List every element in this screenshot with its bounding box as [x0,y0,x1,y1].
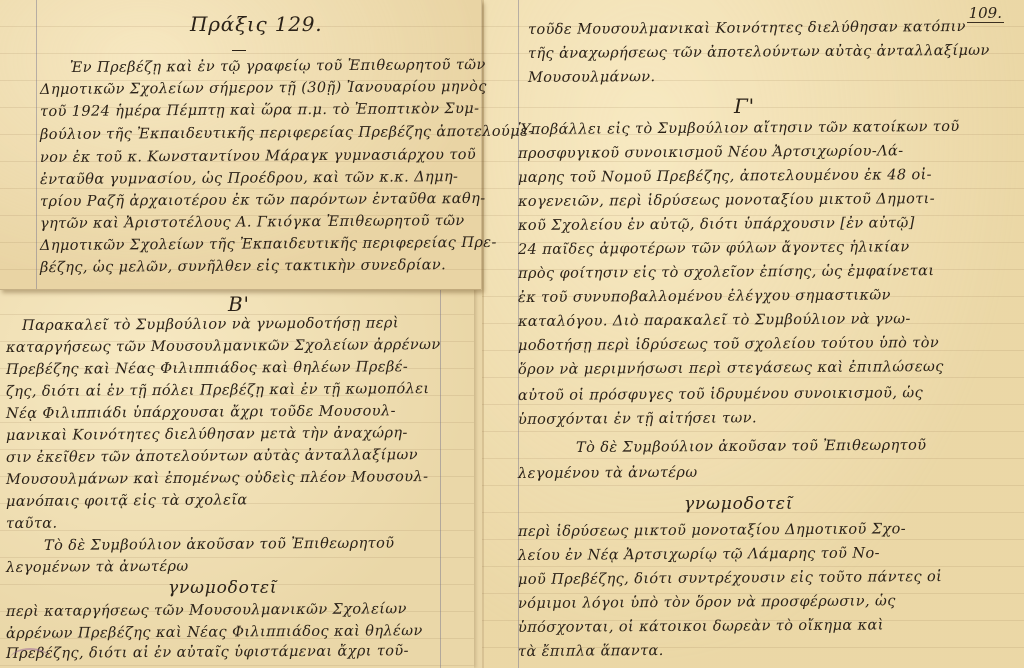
text-line: κογενειῶν, περὶ ἱδρύσεως μονοταξίου μικτ… [518,191,935,210]
text-line: καταργήσεως τῶν Μουσουλμανικῶν Σχολείων … [6,337,441,356]
text-line: ἐνταῦθα γυμνασίου, ὡς Προέδρου, καὶ τῶν … [40,169,458,188]
text-line: ταῦτα. [6,516,58,532]
text-line: μαρης τοῦ Νομοῦ Πρεβέζης, ἀποτελουμένου … [518,167,932,186]
text-line: περὶ ἱδρύσεως μικτοῦ μονοταξίου Δημοτικο… [518,521,906,540]
page-bottom-left: Β' Παρακαλεῖ τὸ Συμβούλιον νὰ γνωμοδοτήσ… [0,288,474,668]
text-line: Παρακαλεῖ τὸ Συμβούλιον νὰ γνωμοδοτήσῃ π… [22,315,399,334]
text-line: λεγομένου τὰ ἀνωτέρω [518,465,698,482]
page-right: 109. τοῦδε Μουσουλμανικαὶ Κοινότητες διε… [482,0,1024,668]
text-line: ὅρον νὰ μεριμνήσωσι περὶ στεγάσεως καὶ ἐ… [518,359,944,378]
margin-rule [36,0,37,289]
text-line: νόμιμοι λόγοι ὑπὸ τὸν ὅρον νὰ προσφέρωσι… [518,593,896,612]
text-line: περὶ καταργήσεως τῶν Μουσουλμανικῶν Σχολ… [6,601,407,620]
text-line: Μουσουλμάνων καὶ ἐπομένως οὐδεὶς πλέον Μ… [6,469,428,488]
text-line: τοῦδε Μουσουλμανικαὶ Κοινότητες διελύθησ… [528,19,966,38]
text-line: Δημοτικῶν Σχολείων τῆς Ἐκπαιδευτικῆς περ… [40,235,497,254]
text-line: Ὑποβάλλει εἰς τὸ Συμβούλιον αἴτησιν τῶν … [518,119,960,138]
text-line: προσφυγικοῦ συνοικισμοῦ Νέου Ἀρτσιχωρίου… [518,143,904,162]
margin-rule [518,0,519,668]
decision-heading: γνωμοδοτεῖ [168,578,277,598]
text-line: Ἐν Πρεβέζῃ καὶ ἐν τῷ γραφείῳ τοῦ Ἐπιθεωρ… [70,57,486,76]
decision-heading: γνωμοδοτεῖ [684,494,793,514]
page-number: 109. [967,4,1004,23]
text-line: λείου ἐν Νέᾳ Ἀρτσιχωρίῳ τῷ Λάμαρης τοῦ Ν… [518,545,880,564]
text-line: αὐτοῦ οἱ πρόσφυγες τοῦ ἱδρυμένου συνοικι… [518,385,923,404]
text-line: Τὸ δὲ Συμβούλιον ἀκοῦσαν τοῦ Ἐπιθεωρητοῦ [576,438,927,456]
text-line: νον ἐκ τοῦ κ. Κωνσταντίνου Μάραγκ γυμνασ… [40,147,476,166]
text-line: μοδοτήσῃ περὶ ἱδρύσεως τοῦ σχολείου τούτ… [518,335,939,354]
text-line: βούλιον τῆς Ἐκπαιδευτικῆς περιφερείας Πρ… [40,124,534,143]
text-line: καταλόγου. Διὸ παρακαλεῖ τὸ Συμβούλιον ν… [518,311,911,330]
text-line: Πρεβέζης, διότι αἱ ἐν αὐταῖς ὑφιστάμεναι… [6,643,409,662]
text-line: κοῦ Σχολείου ἐν αὐτῷ, διότι ὑπάρχουσιν [… [518,215,915,234]
text-line: τοῦ 1924 ἡμέρα Πέμπτῃ καὶ ὥρα π.μ. τὸ Ἐπ… [40,101,480,120]
text-line: Τὸ δὲ Συμβούλιον ἀκοῦσαν τοῦ Ἐπιθεωρητοῦ [44,536,395,554]
text-line: σιν ἐκεῖθεν τῶν ἀποτελούντων αὐτὰς ἀνταλ… [6,447,418,466]
text-line: 24 παῖδες ἀμφοτέρων τῶν φύλων ἄγοντες ἡλ… [518,239,910,258]
title-underline [232,50,246,51]
text-line: μανικαὶ Κοινότητες διελύθησαν μετὰ τὴν ἀ… [6,425,408,444]
page-top-left: Πράξις 129. Ἐν Πρεβέζῃ καὶ ἐν τῷ γραφείῳ… [0,0,482,290]
text-line: μανόπαις φοιτᾷ εἰς τὰ σχολεῖα [6,492,248,510]
text-line: Μουσουλμάνων. [528,69,656,86]
text-line: λεγομένων τὰ ἀνωτέρω [6,559,189,576]
text-line: ἐκ τοῦ συνυποβαλλομένου ἐλέγχου σημαστικ… [518,287,891,306]
text-line: τῆς ἀναχωρήσεως τῶν ἀποτελούντων αὐτὰς ἀ… [528,43,990,62]
text-line: ὑποσχόνται ἐν τῇ αἰτήσει των. [518,410,757,428]
text-line: ζης, διότι αἱ ἐν τῇ πόλει Πρεβέζῃ καὶ ἐν… [6,381,430,400]
text-line: τὰ ἔπιπλα ἅπαντα. [518,643,664,660]
text-line: γητῶν καὶ Ἀριστοτέλους Α. Γκιόγκα Ἐπιθεω… [40,213,465,232]
text-line: Νέᾳ Φιλιππιάδι ὑπάρχουσαι ἄχρι τοῦδε Μου… [6,403,396,422]
text-line: ὑπόσχονται, οἱ κάτοικοι δωρεὰν τὸ οἴκημα… [518,617,884,636]
text-line: Δημοτικῶν Σχολείων σήμερον τῇ (30ῇ) Ἰανο… [40,79,487,98]
text-line: Πρεβέζης καὶ Νέας Φιλιππιάδος καὶ θηλέων… [6,359,408,378]
text-line: μοῦ Πρεβέζης, διότι συντρέχουσιν εἰς τοῦ… [518,569,942,588]
section-heading-gamma: Γ' [734,94,755,118]
text-line: βέζης, ὡς μελῶν, συνῆλθεν εἰς τακτικὴν σ… [40,257,446,276]
text-line: ἀρρένων Πρεβέζης καὶ Νέας Φιλιππιάδος κα… [6,623,423,642]
text-line: πρὸς φοίτησιν εἰς τὸ σχολεῖον ἐπίσης, ὡς… [518,263,934,282]
text-line: τρίου Ραζῆ ἀρχαιοτέρου ἐκ τῶν παρόντων ἐ… [40,191,486,210]
section-heading-beta: Β' [228,292,250,316]
act-title: Πράξις 129. [190,12,322,36]
